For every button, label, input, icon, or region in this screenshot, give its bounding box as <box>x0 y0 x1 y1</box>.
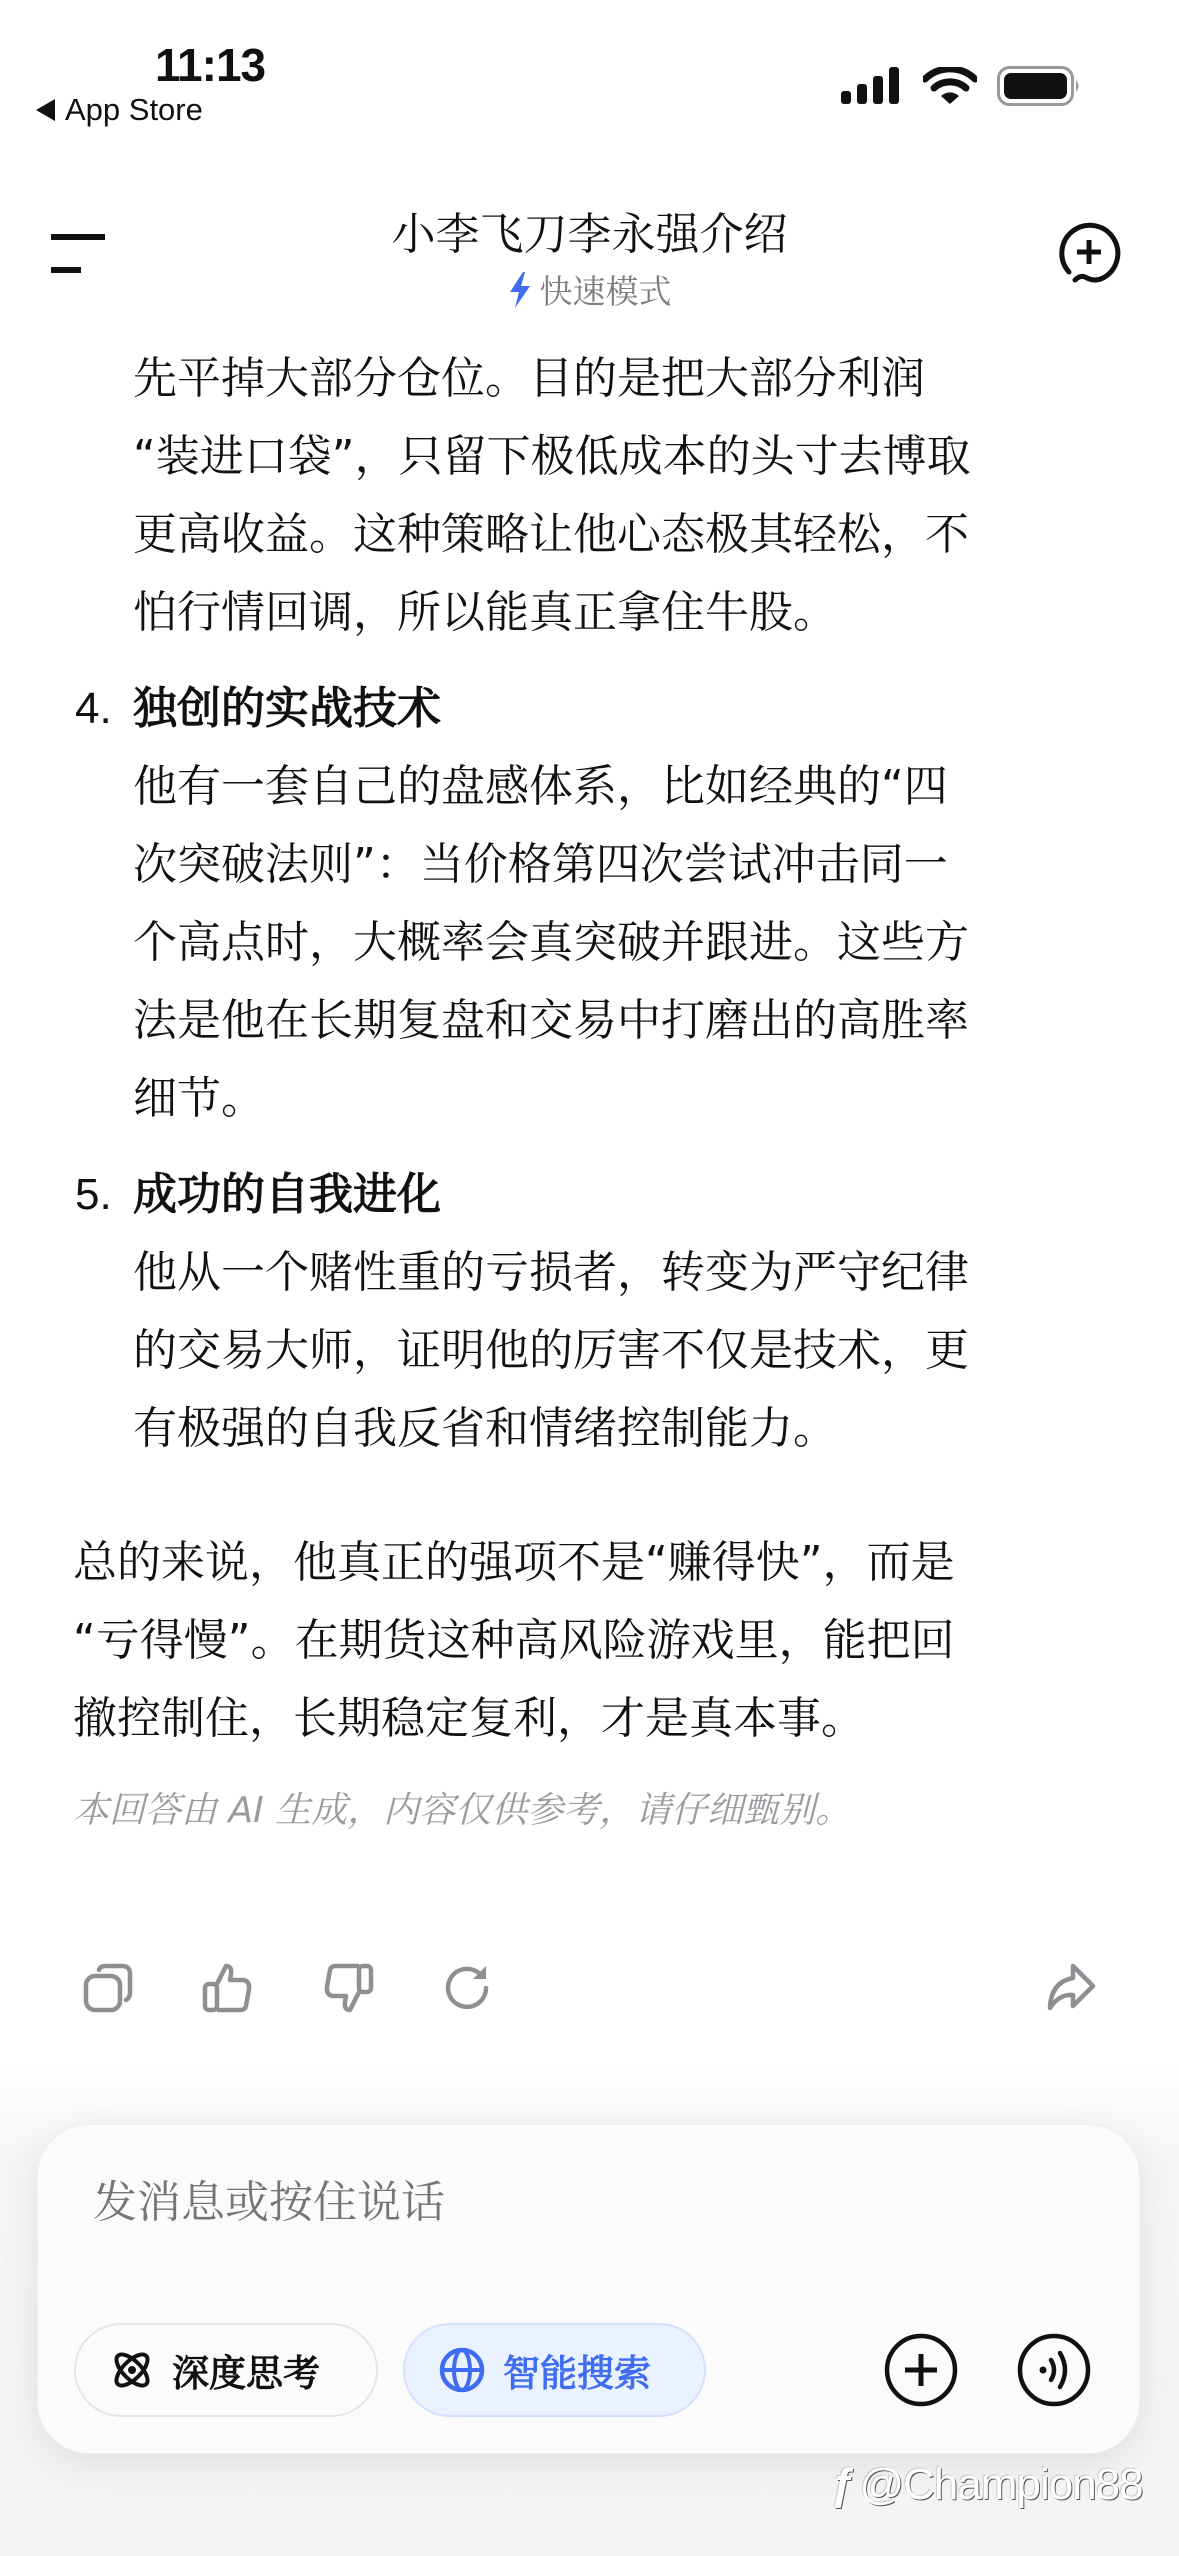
composer: 深度思考 智能搜索 <box>37 2124 1140 2454</box>
text-line: 怕行情回调，所以能真正拿住牛股。 <box>133 574 1119 652</box>
copy-button[interactable] <box>80 1960 136 2016</box>
atom-icon <box>110 2348 154 2392</box>
list-number: 5. <box>75 1156 112 1234</box>
text-line: 法是他在长期复盘和交易中打磨出的高胜率 <box>133 982 1119 1060</box>
status-time: 11:13 <box>155 38 265 92</box>
list-item: 5. 成功的自我进化 他从一个赌性重的亏损者，转变为严守纪律 的交易大师，证明他… <box>0 1156 1179 1468</box>
list-heading: 独创的实战技术 <box>0 670 1179 748</box>
voice-call-icon <box>1016 2332 1092 2408</box>
list-body: 他有一套自己的盘感体系，比如经典的“四 次突破法则”：当价格第四次尝试冲击同一 … <box>0 748 1179 1138</box>
watermark-text: @Champion88 <box>859 2460 1142 2510</box>
text-line: 撤控制住，长期稳定复利，才是真本事。 <box>73 1680 1119 1758</box>
conversation-title[interactable]: 小李飞刀李永强介绍 <box>0 198 1179 262</box>
smart-search-label: 智能搜索 <box>503 2343 651 2397</box>
deep-think-toggle[interactable]: 深度思考 <box>74 2323 378 2417</box>
text-line: 他有一套自己的盘感体系，比如经典的“四 <box>133 748 1119 826</box>
dislike-button[interactable] <box>320 1960 376 2016</box>
status-icons <box>841 66 1083 106</box>
new-chat-icon <box>1053 218 1125 290</box>
deep-think-label: 深度思考 <box>172 2343 320 2397</box>
message-actions <box>0 1960 1179 2016</box>
text-line: 更高收益。这种策略让他心态极其轻松，不 <box>133 496 1119 574</box>
wifi-icon <box>923 67 977 105</box>
text-line: 细节。 <box>133 1060 1119 1138</box>
text-line: 个高点时，大概率会真突破并跟进。这些方 <box>133 904 1119 982</box>
back-arrow-icon <box>36 99 55 121</box>
mode-indicator[interactable]: 快速模式 <box>0 266 1179 313</box>
thumbs-up-icon <box>202 1962 254 2014</box>
text-line: “亏得慢”。在期货这种高风险游戏里，能把回 <box>73 1602 1119 1680</box>
cellular-signal-icon <box>841 67 903 105</box>
text-line: “装进口袋”，只留下极低成本的头寸去博取 <box>133 418 1119 496</box>
lightning-icon <box>508 272 532 308</box>
thumbs-down-icon <box>322 1962 374 2014</box>
text-line: 他从一个赌性重的亏损者，转变为严守纪律 <box>133 1234 1119 1312</box>
ai-disclaimer: 本回答由 AI 生成，内容仅供参考，请仔细甄别。 <box>0 1782 1179 1833</box>
weibo-logo-icon: ƒ <box>830 2460 853 2510</box>
copy-icon <box>82 1962 134 2014</box>
text-line: 总的来说，他真正的强项不是“赚得快”，而是 <box>73 1524 1119 1602</box>
message-input[interactable] <box>93 2177 993 2228</box>
battery-full-icon <box>997 66 1083 106</box>
refresh-icon <box>442 1962 494 2014</box>
list-item: 4. 独创的实战技术 他有一套自己的盘感体系，比如经典的“四 次突破法则”：当价… <box>0 670 1179 1138</box>
regenerate-button[interactable] <box>440 1960 496 2016</box>
watermark: ƒ @Champion88 <box>830 2460 1143 2510</box>
share-button[interactable] <box>1043 1960 1099 2016</box>
list-number: 4. <box>75 670 112 748</box>
globe-icon <box>439 2347 485 2393</box>
summary-paragraph: 总的来说，他真正的强项不是“赚得快”，而是 “亏得慢”。在期货这种高风险游戏里，… <box>0 1524 1179 1758</box>
text-line: 先平掉大部分仓位。目的是把大部分利润 <box>133 340 1119 418</box>
list-heading: 成功的自我进化 <box>0 1156 1179 1234</box>
smart-search-toggle[interactable]: 智能搜索 <box>403 2323 706 2417</box>
mode-label: 快速模式 <box>540 266 672 313</box>
text-line: 的交易大师，证明他的厉害不仅是技术，更 <box>133 1312 1119 1390</box>
assistant-message: 先平掉大部分仓位。目的是把大部分利润 “装进口袋”，只留下极低成本的头寸去博取 … <box>0 340 1179 1833</box>
back-to-app-store[interactable]: App Store <box>36 92 203 128</box>
like-button[interactable] <box>200 1960 256 2016</box>
back-label: App Store <box>65 92 203 128</box>
list-body: 他从一个赌性重的亏损者，转变为严守纪律 的交易大师，证明他的厉害不仅是技术，更 … <box>0 1234 1179 1468</box>
share-icon <box>1045 1962 1097 2014</box>
voice-call-button[interactable] <box>1016 2332 1092 2408</box>
add-attachment-button[interactable] <box>883 2332 959 2408</box>
new-chat-button[interactable] <box>1053 218 1125 290</box>
plus-circle-icon <box>883 2332 959 2408</box>
text-line: 次突破法则”：当价格第四次尝试冲击同一 <box>133 826 1119 904</box>
paragraph: 先平掉大部分仓位。目的是把大部分利润 “装进口袋”，只留下极低成本的头寸去博取 … <box>0 340 1179 652</box>
text-line: 有极强的自我反省和情绪控制能力。 <box>133 1390 1119 1468</box>
